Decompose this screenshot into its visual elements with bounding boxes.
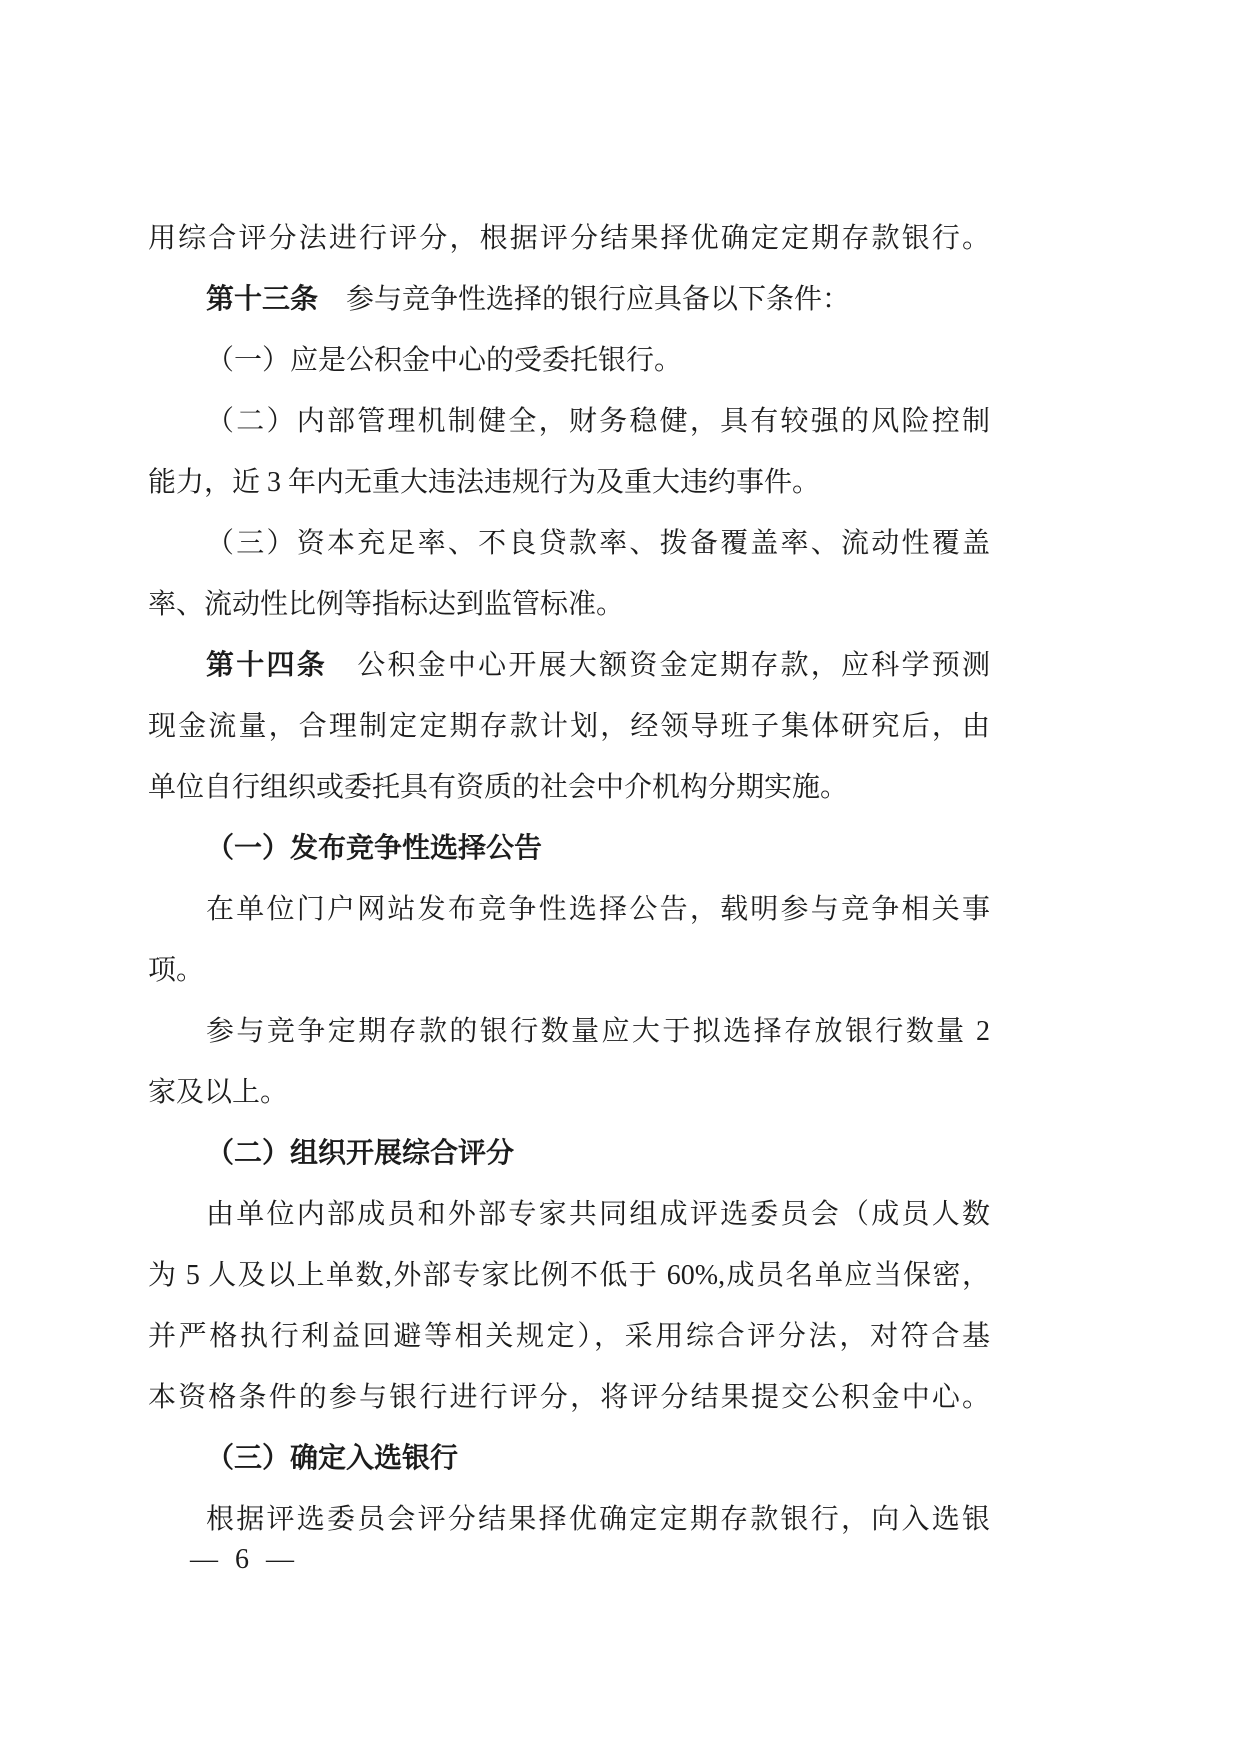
text-line: （三）资本充足率、不良贷款率、拨备覆盖率、流动性覆盖 [148, 513, 990, 574]
text-segment: 现金流量，合理制定定期存款计划，经领导班子集体研究后，由 [148, 711, 990, 742]
text-line: 家及以上。 [148, 1062, 990, 1123]
emphasized-text-segment: （二）组织开展综合评分 [206, 1138, 514, 1169]
text-line: （二）内部管理机制健全，财务稳健，具有较强的风险控制 [148, 391, 990, 452]
text-line: 用综合评分法进行评分，根据评分结果择优确定定期存款银行。 [148, 208, 990, 269]
text-line: 由单位内部成员和外部专家共同组成评选委员会（成员人数 [148, 1184, 990, 1245]
text-line: 率、流动性比例等指标达到监管标准。 [148, 574, 990, 635]
emphasized-text-segment: （三）确定入选银行 [206, 1443, 458, 1474]
text-segment: （一）应是公积金中心的受委托银行。 [206, 345, 682, 376]
text-segment: 公积金中心开展大额资金定期存款，应科学预测 [327, 650, 990, 681]
text-line: 本资格条件的参与银行进行评分，将评分结果提交公积金中心。 [148, 1367, 990, 1428]
text-segment: 根据评选委员会评分结果择优确定定期存款银行，向入选银 [206, 1504, 990, 1535]
text-line: 项。 [148, 940, 990, 1001]
text-line: 参与竞争定期存款的银行数量应大于拟选择存放银行数量 2 [148, 1001, 990, 1062]
text-segment: 在单位门户网站发布竞争性选择公告，载明参与竞争相关事 [206, 894, 990, 925]
emphasized-text-segment: 第十三条 [206, 284, 318, 315]
document-page: 用综合评分法进行评分，根据评分结果择优确定定期存款银行。第十三条 参与竞争性选择… [0, 0, 1240, 1754]
text-line: 现金流量，合理制定定期存款计划，经领导班子集体研究后，由 [148, 696, 990, 757]
text-line: 在单位门户网站发布竞争性选择公告，载明参与竞争相关事 [148, 879, 990, 940]
text-line: 第十四条 公积金中心开展大额资金定期存款，应科学预测 [148, 635, 990, 696]
text-segment: 用综合评分法进行评分，根据评分结果择优确定定期存款银行。 [148, 223, 990, 254]
text-segment: 参与竞争性选择的银行应具备以下条件： [318, 284, 850, 315]
text-line: 第十三条 参与竞争性选择的银行应具备以下条件： [148, 269, 990, 330]
text-line: （一）应是公积金中心的受委托银行。 [148, 330, 990, 391]
text-line: 能力，近 3 年内无重大违法违规行为及重大违约事件。 [148, 452, 990, 513]
text-segment: 为 5 人及以上单数,外部专家比例不低于 60%,成员名单应当保密， [148, 1260, 990, 1291]
text-segment: 本资格条件的参与银行进行评分，将评分结果提交公积金中心。 [148, 1382, 990, 1413]
text-line: 并严格执行利益回避等相关规定），采用综合评分法，对符合基 [148, 1306, 990, 1367]
text-segment: 率、流动性比例等指标达到监管标准。 [148, 589, 624, 620]
text-segment: 由单位内部成员和外部专家共同组成评选委员会（成员人数 [206, 1199, 990, 1230]
text-line: 根据评选委员会评分结果择优确定定期存款银行，向入选银 [148, 1489, 990, 1550]
text-segment: 能力，近 3 年内无重大违法违规行为及重大违约事件。 [148, 467, 820, 498]
text-segment: 家及以上。 [148, 1077, 288, 1108]
text-segment: 并严格执行利益回避等相关规定），采用综合评分法，对符合基 [148, 1321, 990, 1352]
text-line: （一）发布竞争性选择公告 [148, 818, 990, 879]
text-line: （三）确定入选银行 [148, 1428, 990, 1489]
emphasized-text-segment: （一）发布竞争性选择公告 [206, 833, 542, 864]
page-number: — 6 — [190, 1544, 299, 1576]
text-segment: （三）资本充足率、不良贷款率、拨备覆盖率、流动性覆盖 [206, 528, 990, 559]
text-segment: 单位自行组织或委托具有资质的社会中介机构分期实施。 [148, 772, 848, 803]
text-segment: 项。 [148, 955, 204, 986]
text-line: 为 5 人及以上单数,外部专家比例不低于 60%,成员名单应当保密， [148, 1245, 990, 1306]
text-segment: 参与竞争定期存款的银行数量应大于拟选择存放银行数量 2 [206, 1016, 990, 1047]
text-line: 单位自行组织或委托具有资质的社会中介机构分期实施。 [148, 757, 990, 818]
emphasized-text-segment: 第十四条 [206, 650, 327, 681]
document-body: 用综合评分法进行评分，根据评分结果择优确定定期存款银行。第十三条 参与竞争性选择… [148, 208, 990, 1550]
text-segment: （二）内部管理机制健全，财务稳健，具有较强的风险控制 [206, 406, 990, 437]
text-line: （二）组织开展综合评分 [148, 1123, 990, 1184]
